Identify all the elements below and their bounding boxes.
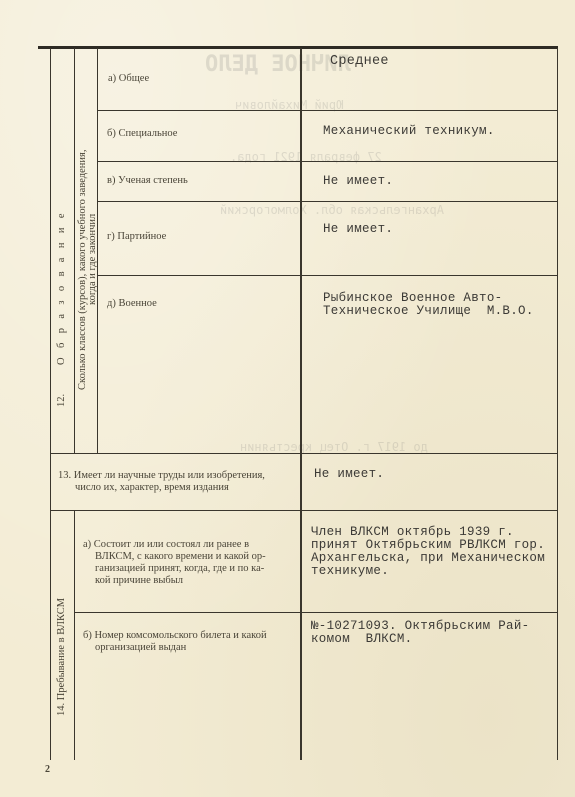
value-column-divider [300,48,302,760]
page-number: 2 [45,764,50,775]
row-separator [97,110,557,111]
section-12-subtitle-line2: когда и где закончил [87,214,99,305]
table-right-border [557,48,558,760]
label-military-education: д) Военное [107,298,157,310]
column-divider [74,48,75,453]
section-separator [50,510,557,511]
label-vlksm-membership-line1: а) Состоит ли или состоял ли ранее в [83,539,249,551]
top-rule [38,46,558,49]
section-12-number: 12. [56,394,68,407]
label-special-education: б) Специальное [107,128,177,140]
row-separator [97,201,557,202]
bleed-through-heading: ЛИЧНОЕ ДЕЛО [205,52,351,77]
column-divider [74,510,75,760]
label-scientific-works-line2: число их, характер, время издания [75,482,229,494]
value-general-education: Среднее [330,55,389,68]
label-vlksm-membership-line2: ВЛКСМ, с какого времени и какой ор- [95,551,266,563]
value-party-education: Не имеет. [323,223,393,236]
value-scientific-works: Не имеет. [314,468,384,481]
label-komsomol-card-line2: организацией выдан [95,642,186,654]
value-academic-degree: Не имеет. [323,175,393,188]
value-special-education: Механический техникум. [323,125,495,138]
value-vlksm-membership-line4: техникуме. [311,565,389,578]
label-scientific-works-line1: 13. Имеет ли научные труды или изобретен… [58,470,265,482]
row-separator [97,161,557,162]
row-separator [74,612,557,613]
bleed-through-text: до 1917 г. Отец крестьянин [240,440,428,454]
section-12-title: Образование [56,204,68,365]
bleed-through-text: Архангельская обл. Холмогорский [220,203,444,217]
section-14-title: 14. Пребывание в ВЛКСМ [56,598,68,716]
value-komsomol-card-line2: комом ВЛКСМ. [311,633,412,646]
label-academic-degree: в) Ученая степень [107,175,188,187]
label-komsomol-card-line1: б) Номер комсомольского билета и какой [83,630,267,642]
section-separator [50,453,557,454]
value-military-education-line2: Техническое Училище М.В.О. [323,305,534,318]
row-separator [97,275,557,276]
label-general-education: а) Общее [108,73,149,85]
table-left-border [50,48,51,760]
label-party-education: г) Партийное [107,231,166,243]
paper-background [0,0,575,797]
label-vlksm-membership-line4: кой причине выбыл [95,575,183,587]
label-vlksm-membership-line3: ганизацией принят, когда, где и по ка- [95,563,264,575]
